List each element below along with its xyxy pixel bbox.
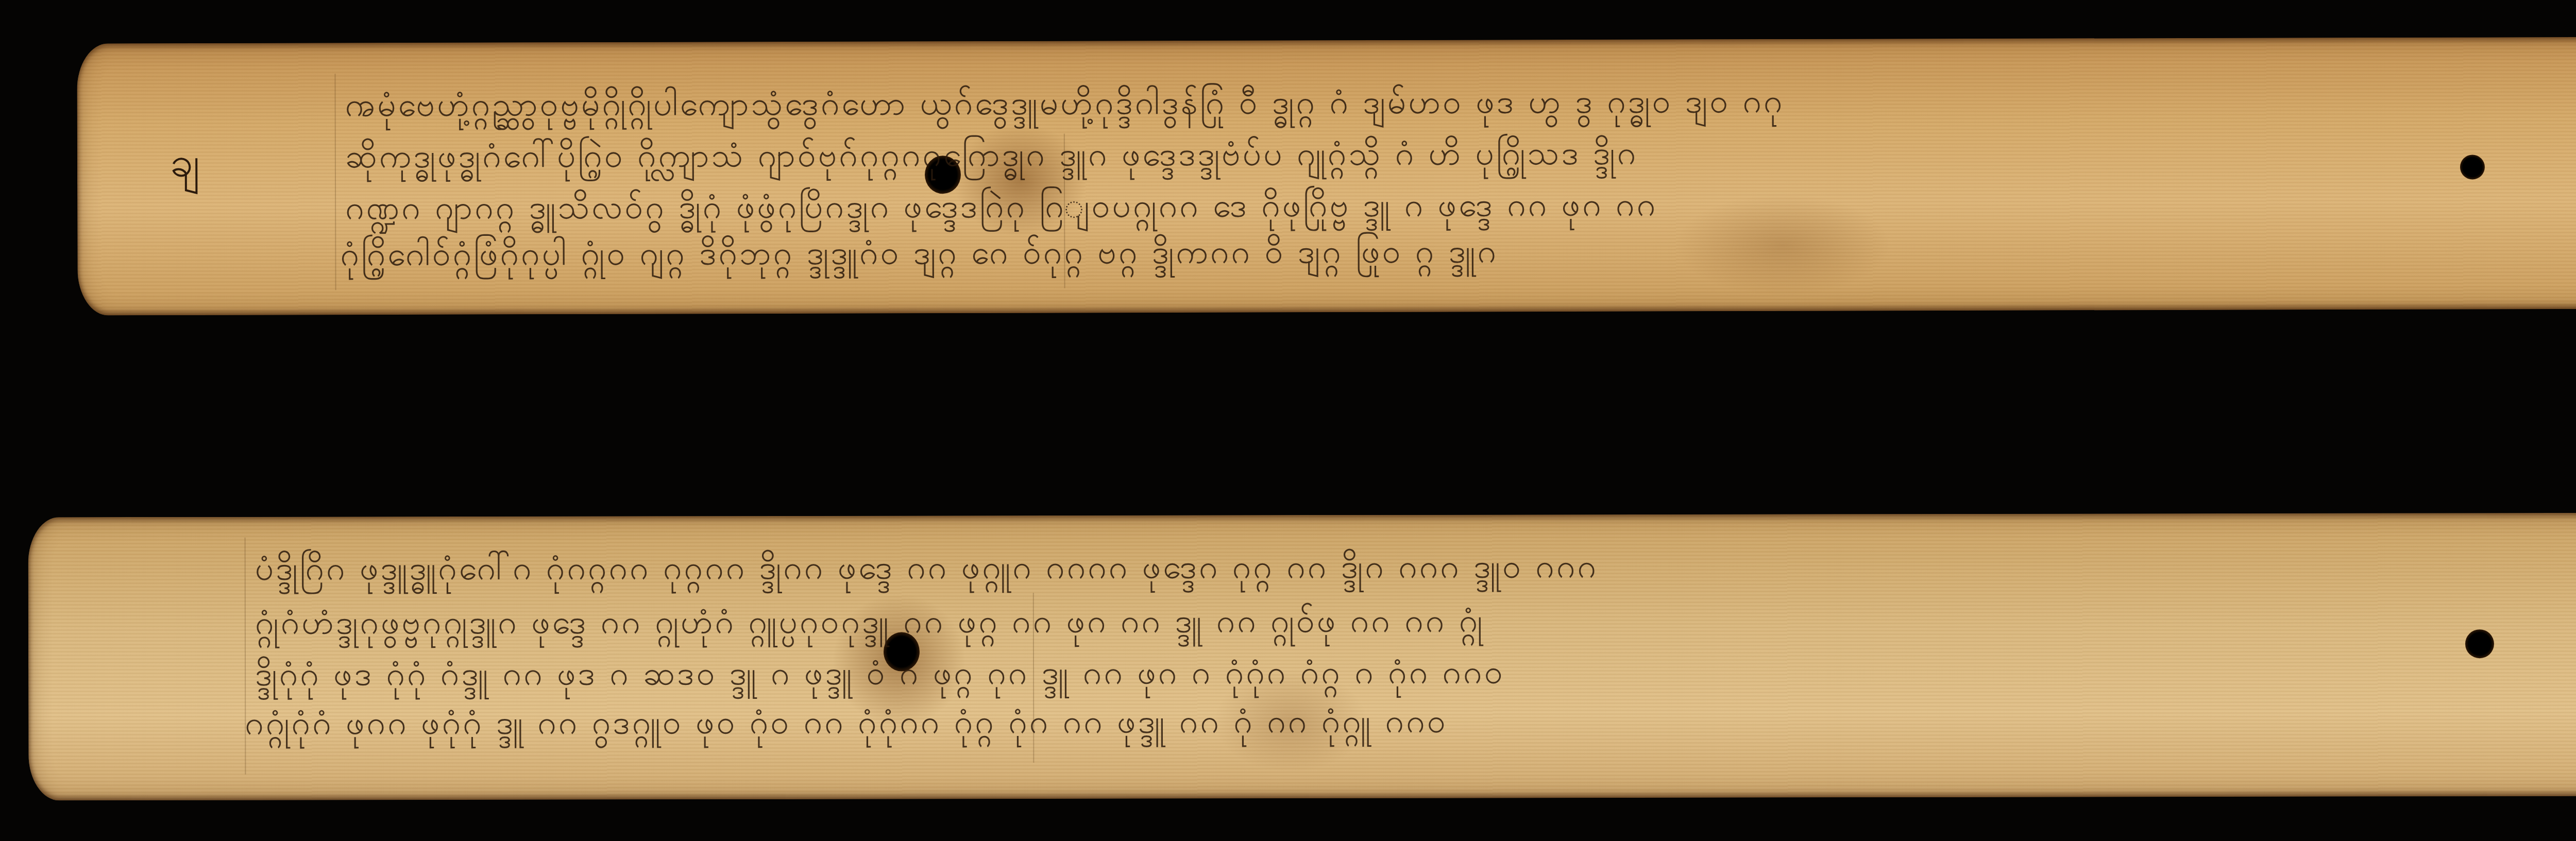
string-hole-right [2460,155,2485,179]
string-hole-right [2465,629,2494,658]
text-line: ဂုံဂ္ဂြိဂေါဝ်ဂ္ဂံဖြံဂိုဂုပ္ပါ ဂ္ဂုံဝ ဂျဂ… [340,230,1498,282]
text-line: ပံဒ္ဒိုဂြိဂ ဖုဒ္ဒူဒ္ဓူဂုံဂေါ်ဂ ဂုံဂဂ္ဂဂဂ… [255,545,1598,596]
margin-rule [334,74,336,290]
leaf-number-mark: ချ [170,136,200,197]
manuscript-leaf-top: ချ ꩠမုံဗေဟုံ့ဂ္ဂည္ဆွာဝုဗ္ဗမိုဂ္ဂိုဂ္ဂိုပ… [77,37,2576,315]
manuscript-leaf-bottom: ပံဒ္ဒိုဂြိဂ ဖုဒ္ဒူဒ္ဓူဂုံဂေါ်ဂ ဂုံဂဂ္ဂဂဂ… [28,513,2576,801]
text-line: ဂဏ္ဍဂ ဂျာဂဂ္ဂ ဒ္ဓူသိလဝ်ဂွ ဒ္ဓိုဂုံ ဖုံဖွ… [345,184,1657,236]
text-line: ဆိုကုဒ္ဓုဖုဒ္ဓုဂံဂေါ်ပိုဂ္ဂြဲဝ ဂိုက္လျာသ… [345,132,1638,184]
text-line: ꩠမုံဗေဟုံ့ဂ္ဂည္ဆွာဝုဗ္ဗမိုဂ္ဂိုဂ္ဂိုပါကျ… [345,80,1785,132]
text-line: ဒ္ဒိုဂုံဂုံ ဖုဒ ဂုံဂုံ ဂံဒ္ဒူ ဂဂ ဖုဒ ဂ ဆ… [255,651,1505,701]
text-line: ဂ္ဂုံဂံဟံဒ္ဒုဂုဖွဗ္ဗဂုဂ္ဂုဒ္ဒူဂ ဖုဒ္ဒေ ဂ… [255,600,1485,650]
text-line: ဂဂ္ဂုံဂုံဂံ ဖုဂဂ ဖုဂုံဂုံ ဒ္ဒူ ဂဂ ဂွဒဂ္ဂ… [245,700,1448,751]
stain [1674,193,1891,297]
